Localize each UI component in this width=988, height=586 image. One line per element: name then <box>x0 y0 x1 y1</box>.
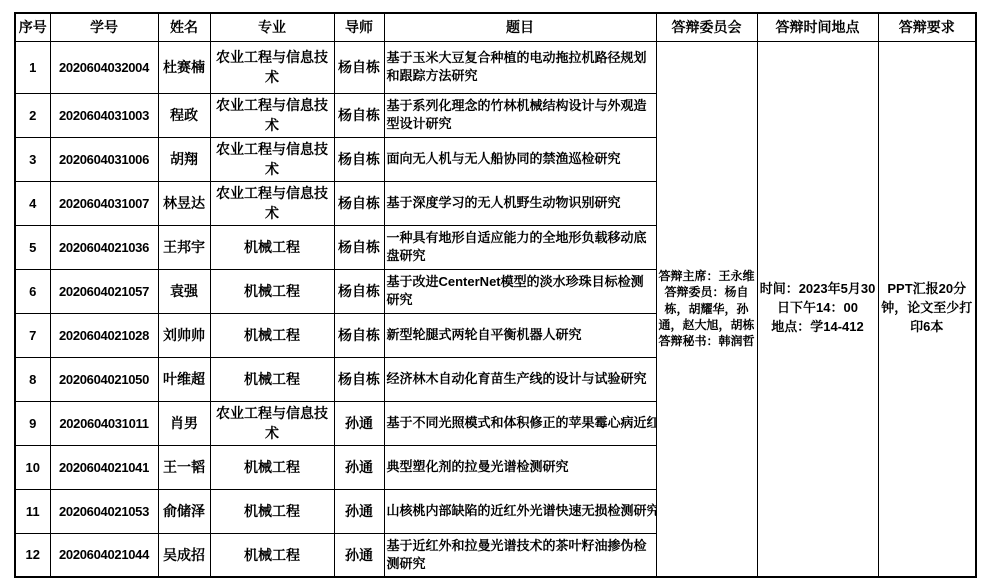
header-major: 专业 <box>210 13 334 41</box>
cell-student-id: 2020604021050 <box>50 357 158 401</box>
cell-title: 基于不同光照模式和体积修正的苹果霉心病近红 <box>384 401 656 445</box>
cell-no: 11 <box>15 489 50 533</box>
cell-advisor: 杨自栋 <box>334 225 384 269</box>
cell-advisor: 杨自栋 <box>334 313 384 357</box>
cell-major: 农业工程与信息技术 <box>210 93 334 137</box>
cell-advisor: 孙通 <box>334 445 384 489</box>
cell-student-id: 2020604031006 <box>50 137 158 181</box>
cell-major: 机械工程 <box>210 489 334 533</box>
table-header: 序号 学号 姓名 专业 导师 题目 答辩委员会 答辩时间地点 答辩要求 <box>15 13 976 41</box>
cell-advisor: 孙通 <box>334 401 384 445</box>
cell-no: 1 <box>15 41 50 93</box>
cell-student-id: 2020604021041 <box>50 445 158 489</box>
cell-name: 林昱达 <box>158 181 210 225</box>
cell-no: 12 <box>15 533 50 577</box>
table-body: 1 2020604032004 杜赛楠 农业工程与信息技术 杨自栋 基于玉米大豆… <box>15 41 976 577</box>
cell-advisor: 孙通 <box>334 533 384 577</box>
header-requirement: 答辩要求 <box>878 13 976 41</box>
cell-major: 机械工程 <box>210 445 334 489</box>
cell-name: 吴成招 <box>158 533 210 577</box>
cell-title: 一种具有地形自适应能力的全地形负载移动底盘研究 <box>384 225 656 269</box>
header-committee: 答辩委员会 <box>656 13 757 41</box>
cell-title: 新型轮腿式两轮自平衡机器人研究 <box>384 313 656 357</box>
cell-major: 农业工程与信息技术 <box>210 41 334 93</box>
cell-title: 基于近红外和拉曼光谱技术的茶叶籽油掺伪检测研究 <box>384 533 656 577</box>
cell-student-id: 2020604032004 <box>50 41 158 93</box>
cell-advisor: 杨自栋 <box>334 181 384 225</box>
cell-major: 农业工程与信息技术 <box>210 401 334 445</box>
cell-student-id: 2020604021053 <box>50 489 158 533</box>
cell-title: 基于玉米大豆复合种植的电动拖拉机路径规划和跟踪方法研究 <box>384 41 656 93</box>
cell-committee: 答辩主席：王永维 答辩委员：杨自栋，胡耀华，孙通，赵大旭，胡栋 答辩秘书：韩润哲 <box>656 41 757 577</box>
cell-name: 俞储泽 <box>158 489 210 533</box>
cell-major: 机械工程 <box>210 313 334 357</box>
cell-no: 2 <box>15 93 50 137</box>
cell-title: 典型塑化剂的拉曼光谱检测研究 <box>384 445 656 489</box>
cell-advisor: 杨自栋 <box>334 357 384 401</box>
cell-name: 王一韬 <box>158 445 210 489</box>
cell-student-id: 2020604021057 <box>50 269 158 313</box>
cell-no: 6 <box>15 269 50 313</box>
header-row: 序号 学号 姓名 专业 导师 题目 答辩委员会 答辩时间地点 答辩要求 <box>15 13 976 41</box>
cell-no: 10 <box>15 445 50 489</box>
cell-name: 胡翔 <box>158 137 210 181</box>
header-advisor: 导师 <box>334 13 384 41</box>
cell-name: 叶维超 <box>158 357 210 401</box>
document-sheet: 序号 学号 姓名 专业 导师 题目 答辩委员会 答辩时间地点 答辩要求 1 20… <box>0 0 988 578</box>
cell-major: 机械工程 <box>210 357 334 401</box>
cell-major: 机械工程 <box>210 225 334 269</box>
header-student-id: 学号 <box>50 13 158 41</box>
cell-name: 王邦宇 <box>158 225 210 269</box>
header-title: 题目 <box>384 13 656 41</box>
table-row: 1 2020604032004 杜赛楠 农业工程与信息技术 杨自栋 基于玉米大豆… <box>15 41 976 93</box>
cell-name: 程政 <box>158 93 210 137</box>
cell-title: 面向无人机与无人船协同的禁渔巡检研究 <box>384 137 656 181</box>
header-no: 序号 <box>15 13 50 41</box>
cell-title: 基于系列化理念的竹林机械结构设计与外观造型设计研究 <box>384 93 656 137</box>
cell-student-id: 2020604031007 <box>50 181 158 225</box>
cell-name: 袁强 <box>158 269 210 313</box>
cell-major: 农业工程与信息技术 <box>210 181 334 225</box>
cell-no: 3 <box>15 137 50 181</box>
defense-schedule-table: 序号 学号 姓名 专业 导师 题目 答辩委员会 答辩时间地点 答辩要求 1 20… <box>14 12 977 578</box>
cell-student-id: 2020604021028 <box>50 313 158 357</box>
cell-name: 杜赛楠 <box>158 41 210 93</box>
cell-major: 农业工程与信息技术 <box>210 137 334 181</box>
header-name: 姓名 <box>158 13 210 41</box>
cell-title: 山核桃内部缺陷的近红外光谱快速无损检测研究 <box>384 489 656 533</box>
cell-name: 刘帅帅 <box>158 313 210 357</box>
cell-time-location: 时间：2023年5月30日下午14：00 地点：学14-412 <box>757 41 878 577</box>
cell-student-id: 2020604031011 <box>50 401 158 445</box>
cell-no: 4 <box>15 181 50 225</box>
cell-advisor: 杨自栋 <box>334 137 384 181</box>
cell-major: 机械工程 <box>210 533 334 577</box>
cell-student-id: 2020604021044 <box>50 533 158 577</box>
cell-no: 9 <box>15 401 50 445</box>
cell-advisor: 杨自栋 <box>334 93 384 137</box>
cell-advisor: 孙通 <box>334 489 384 533</box>
cell-advisor: 杨自栋 <box>334 41 384 93</box>
cell-advisor: 杨自栋 <box>334 269 384 313</box>
cell-no: 5 <box>15 225 50 269</box>
cell-student-id: 2020604021036 <box>50 225 158 269</box>
cell-major: 机械工程 <box>210 269 334 313</box>
cell-no: 8 <box>15 357 50 401</box>
cell-name: 肖男 <box>158 401 210 445</box>
cell-title: 经济林木自动化育苗生产线的设计与试验研究 <box>384 357 656 401</box>
header-time-place: 答辩时间地点 <box>757 13 878 41</box>
cell-no: 7 <box>15 313 50 357</box>
cell-requirements: PPT汇报20分钟，论文至少打印6本 <box>878 41 976 577</box>
cell-student-id: 2020604031003 <box>50 93 158 137</box>
cell-title: 基于改进CenterNet模型的淡水珍珠目标检测研究 <box>384 269 656 313</box>
cell-title: 基于深度学习的无人机野生动物识别研究 <box>384 181 656 225</box>
